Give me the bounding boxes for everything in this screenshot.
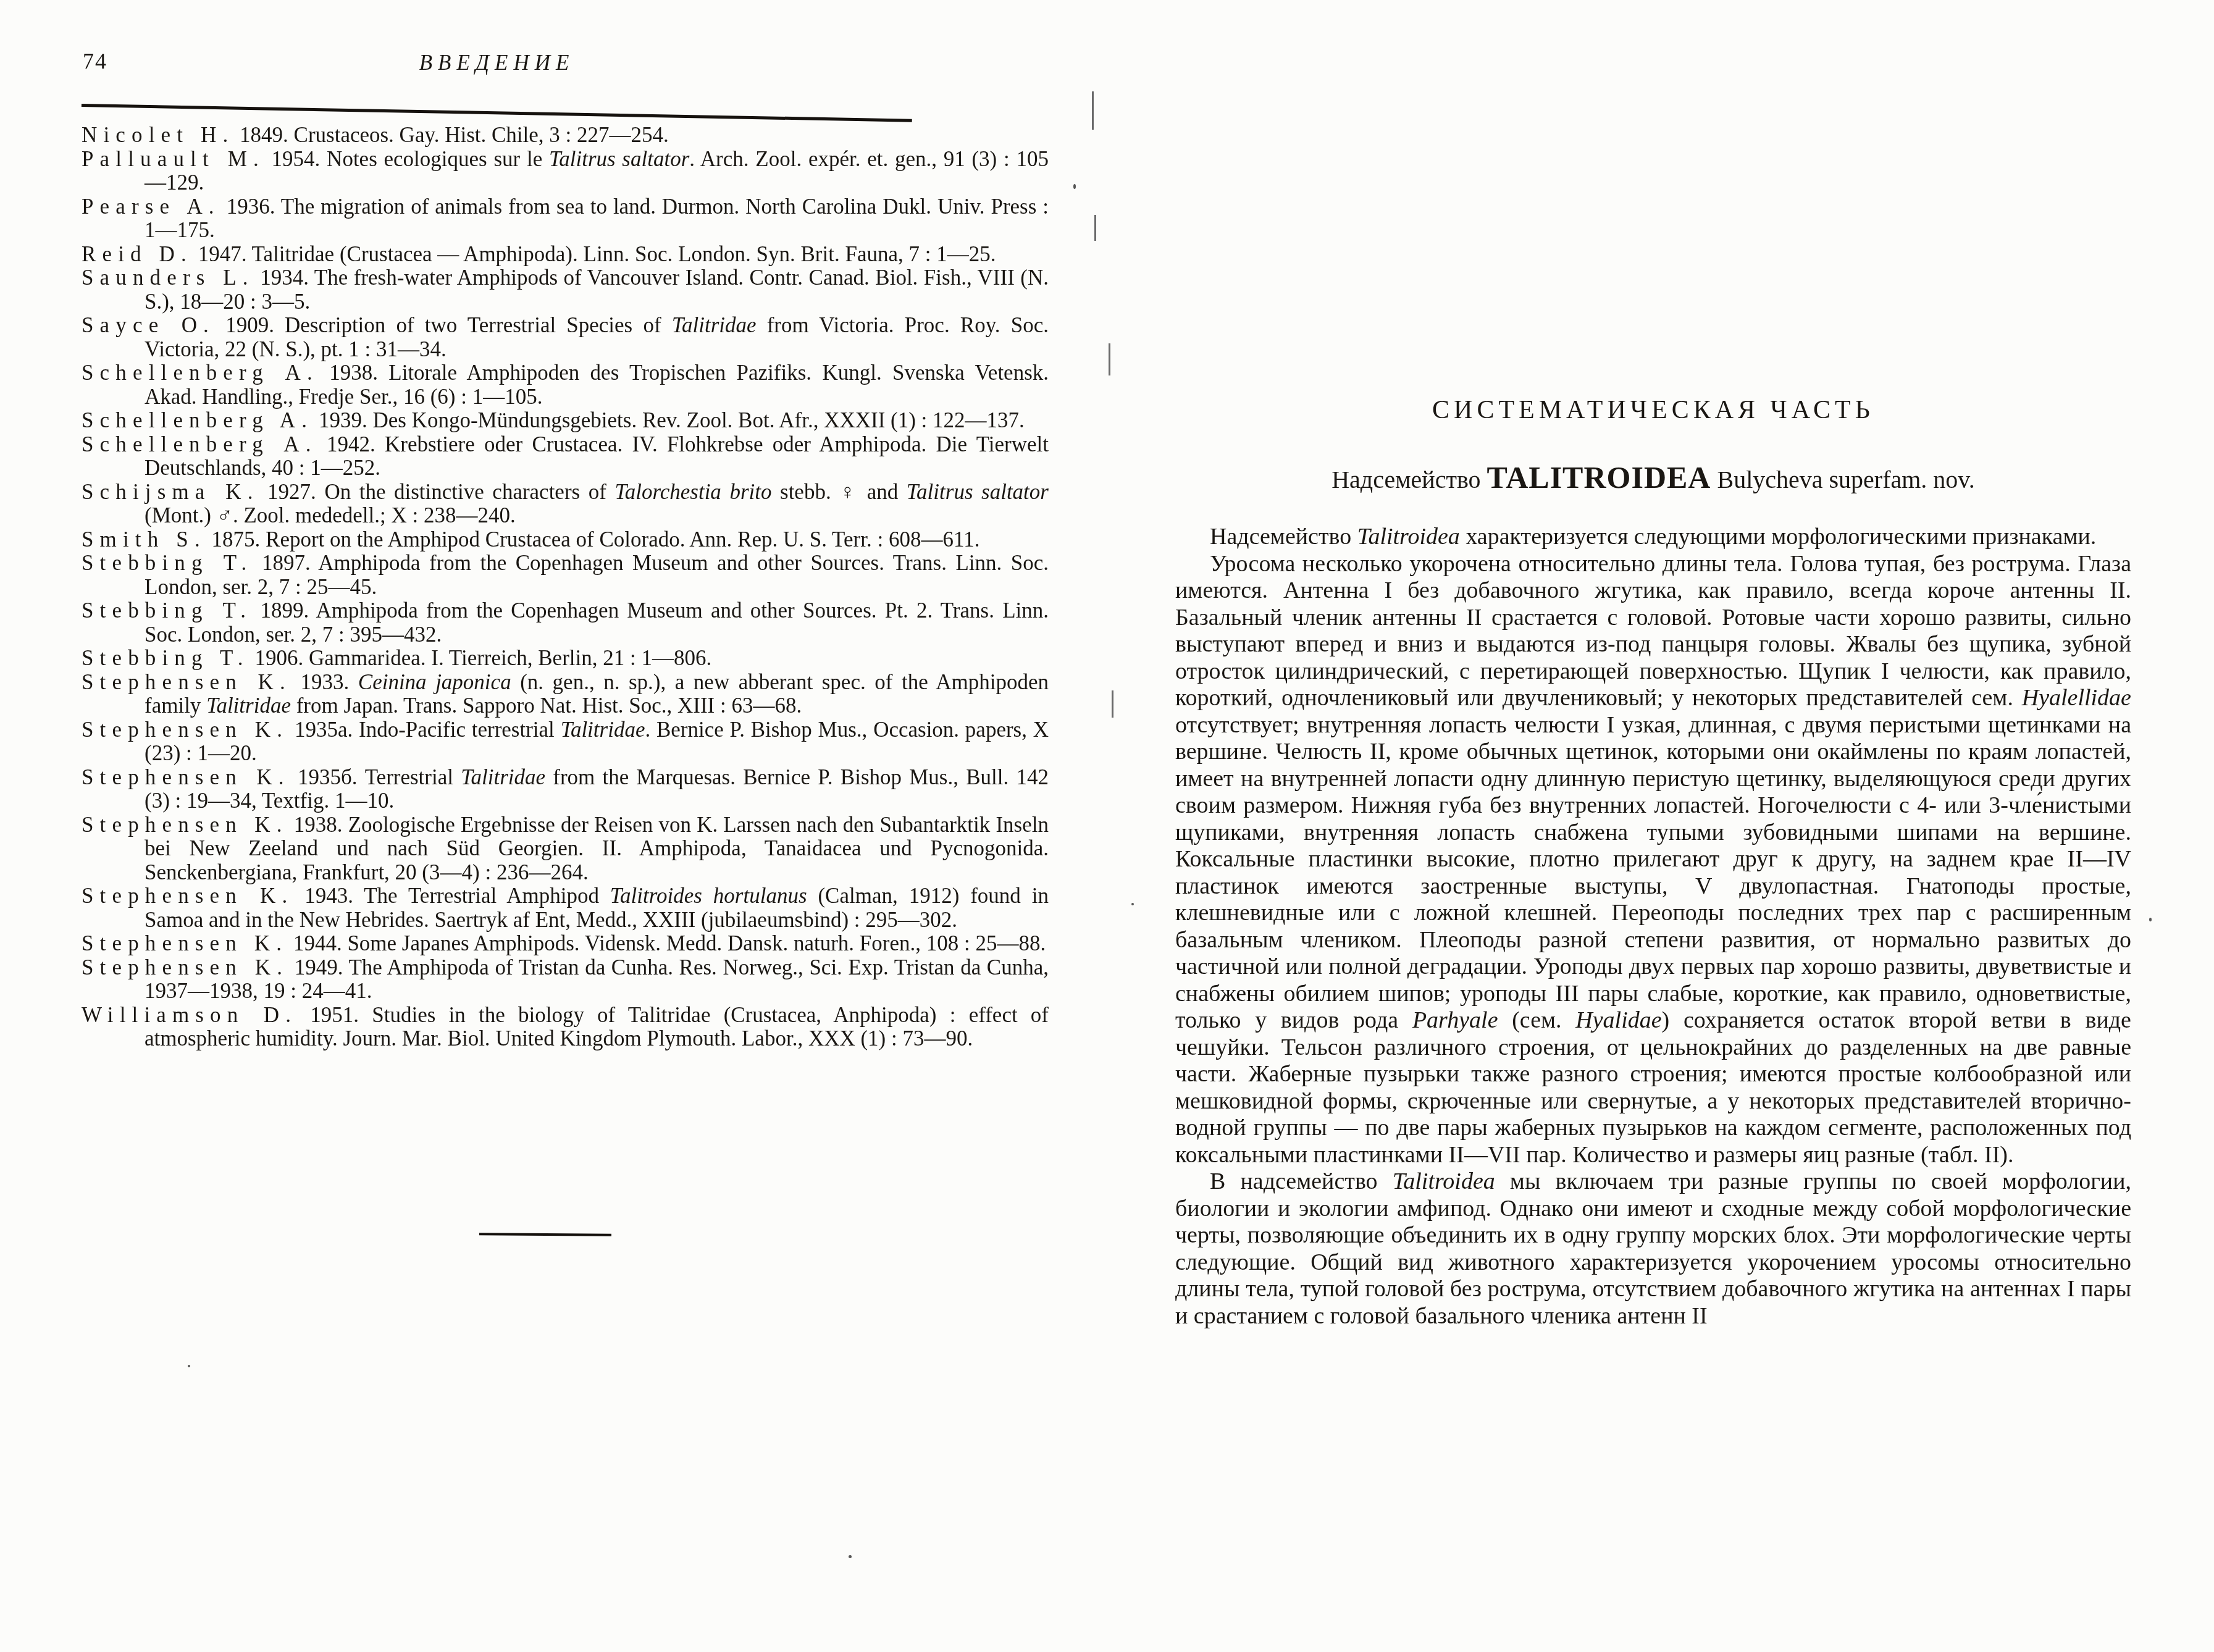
paragraph: Уросома несколько укорочена относительно… [1175, 551, 2131, 1169]
reference-item: Stebbing T. 1899. Amphipoda from the Cop… [82, 599, 1049, 647]
reference-item: Reid D. 1947. Talitridae (Crustacea — Am… [82, 243, 1049, 267]
taxon-name: Ceinina japonica [358, 670, 511, 694]
running-head: ВВЕДЕНИЕ [82, 51, 912, 75]
text-segment: 1906. Gammaridea. I. Tierreich, Berlin, … [255, 646, 712, 670]
text-segment: отсутствует; внутренняя лопасть челюсти … [1175, 712, 2131, 1034]
text-segment: 1947. Talitridae (Crustacea — Amphipoda)… [198, 242, 996, 266]
taxon-name: Parhyale [1412, 1007, 1498, 1033]
reference-author: Stebbing T. [82, 551, 253, 575]
reference-item: Williamson D. 1951. Studies in the biolo… [82, 1004, 1049, 1051]
reference-author: Stephensen K. [82, 884, 293, 908]
taxon-name: Talitrus saltator [907, 480, 1049, 504]
reference-author: Sayce O. [82, 313, 215, 337]
taxon-name: Talitroidea [1393, 1168, 1495, 1194]
reference-item: Schijsma K. 1927. On the distinctive cha… [82, 480, 1049, 528]
text-segment: 1935a. Indo-Pacific terrestrial [295, 718, 561, 742]
superfamily-prefix: Надсемейство [1331, 466, 1486, 493]
text-segment: Уросома несколько укорочена относительно… [1175, 551, 2131, 711]
text-segment: характеризуется следующими морфологическ… [1460, 524, 2096, 550]
text-segment: 1899. Amphipoda from the Copenhagen Muse… [145, 598, 1049, 647]
reference-author: Stephensen K. [82, 955, 288, 979]
scan-speck [2149, 918, 2152, 921]
reference-item: Stephensen K. 1949. The Amphipoda of Tri… [82, 956, 1049, 1004]
text-segment: 1944. Some Japanes Amphipods. Vidensk. M… [293, 931, 1046, 955]
scan-speck [188, 1365, 190, 1367]
reference-item: Schellenberg A. 1939. Des Kongo-Mündungs… [82, 409, 1049, 433]
text-segment: (сем. [1498, 1007, 1576, 1033]
text-segment: (Mont.) ♂. Zool. mededell.; X : 238—240. [145, 503, 516, 527]
taxon-name: Talitridae [672, 313, 757, 337]
paragraph: Надсемейство Talitroidea характеризуется… [1175, 524, 2131, 551]
text-segment: 1933. [300, 670, 358, 694]
taxon-name: Talitroides hortulanus [610, 884, 807, 908]
reference-author: Stebbing T. [82, 598, 252, 623]
gutter-artifact [1109, 343, 1110, 375]
reference-author: Schellenberg A. [82, 361, 319, 385]
reference-author: Palluault M. [82, 147, 265, 171]
left-page-header: 74 ВВЕДЕНИЕ [82, 48, 1049, 80]
gutter-artifact [1094, 215, 1096, 241]
text-segment: 1943. The Terrestrial Amphipod [304, 884, 610, 908]
reference-author: Schellenberg A. [82, 408, 313, 432]
text-segment: 1936. The migration of animals from sea … [145, 195, 1049, 243]
reference-author: Schijsma K. [82, 480, 259, 504]
taxon-name: Talitridae [461, 765, 545, 789]
taxon-name: Talorchestia brito [614, 480, 771, 504]
reference-author: Stebbing T. [82, 646, 249, 670]
text-segment: 1927. On the distinctive characters of [267, 480, 614, 504]
reference-author: Pearse A. [82, 195, 220, 219]
gutter-artifact [1112, 690, 1113, 718]
reference-author: Stephensen K. [82, 765, 290, 789]
text-segment: from Japan. Trans. Sapporo Nat. Hist. So… [291, 694, 802, 718]
section-heading: СИСТЕМАТИЧЕСКАЯ ЧАСТЬ [1175, 395, 2131, 425]
reference-item: Stephensen K. 1938. Zoologische Ergebnis… [82, 813, 1049, 885]
reference-author: Stephensen K. [82, 813, 288, 837]
section-separator-rule [479, 1233, 611, 1236]
gutter-artifact [1092, 91, 1094, 130]
reference-list: Nicolet H. 1849. Crustaceos. Gay. Hist. … [82, 124, 1049, 1051]
header-rule [82, 104, 912, 122]
text-segment: 1935б. Terrestrial [298, 765, 461, 789]
reference-item: Schellenberg A. 1938. Litorale Amphipode… [82, 361, 1049, 409]
taxon-name: Hyalellidae [2022, 685, 2131, 711]
reference-item: Stebbing T. 1906. Gammaridea. I. Tierrei… [82, 647, 1049, 671]
reference-item: Palluault M. 1954. Notes ecologiques sur… [82, 148, 1049, 195]
reference-item: Stephensen K. 1935a. Indo-Pacific terres… [82, 718, 1049, 766]
text-segment: 1909. Description of two Terrestrial Spe… [225, 313, 672, 337]
reference-item: Stephensen K. 1935б. Terrestrial Talitri… [82, 766, 1049, 813]
paragraphs: Надсемейство Talitroidea характеризуется… [1175, 524, 2131, 1330]
left-page: 74 ВВЕДЕНИЕ Nicolet H. 1849. Crustaceos.… [82, 48, 1049, 1051]
scan-speck [849, 1555, 852, 1558]
book-spread: 74 ВВЕДЕНИЕ Nicolet H. 1849. Crustaceos.… [0, 0, 2214, 1652]
taxon-name: Talitrus saltator [549, 147, 689, 171]
text-segment: 1875. Report on the Amphipod Crustacea o… [212, 527, 980, 551]
reference-item: Pearse A. 1936. The migration of animals… [82, 195, 1049, 243]
reference-item: Schellenberg A. 1942. Krebstiere oder Cr… [82, 433, 1049, 480]
taxon-name: Talitridae [206, 694, 291, 718]
reference-item: Saunders L. 1934. The fresh-water Amphip… [82, 266, 1049, 314]
reference-item: Sayce O. 1909. Description of two Terres… [82, 314, 1049, 361]
reference-item: Nicolet H. 1849. Crustaceos. Gay. Hist. … [82, 124, 1049, 148]
taxon-name: Talitroidea [1357, 524, 1460, 550]
text-segment: stebb. ♀ and [771, 480, 906, 504]
scan-speck [1073, 184, 1076, 189]
taxon-name: Hyalidae [1575, 1007, 1661, 1033]
superfamily-heading: Надсемейство TALITROIDEA Bulycheva super… [1175, 459, 2131, 495]
text-segment: 1934. The fresh-water Amphipods of Vanco… [145, 266, 1049, 314]
superfamily-name: TALITROIDEA [1487, 460, 1711, 495]
text-segment: 1897. Amphipoda from the Copenhagen Muse… [145, 551, 1049, 599]
reference-item: Smith S. 1875. Report on the Amphipod Cr… [82, 528, 1049, 552]
text-segment: Надсемейство [1210, 524, 1357, 550]
reference-author: Saunders L. [82, 266, 254, 290]
paragraph: В надсемейство Talitroidea мы включаем т… [1175, 1168, 2131, 1330]
reference-author: Williamson D. [82, 1003, 297, 1027]
reference-author: Reid D. [82, 242, 193, 266]
reference-item: Stephensen K. 1943. The Terrestrial Amph… [82, 884, 1049, 932]
text-segment: 1939. Des Kongo-Mündungsgebiets. Rev. Zo… [319, 408, 1025, 432]
text-segment: 1849. Crustaceos. Gay. Hist. Chile, 3 : … [240, 123, 669, 147]
reference-author: Smith S. [82, 527, 206, 551]
superfamily-suffix: Bulycheva superfam. nov. [1711, 466, 1974, 493]
reference-item: Stephensen K. 1944. Some Japanes Amphipo… [82, 932, 1049, 956]
reference-author: Stephensen K. [82, 931, 288, 955]
reference-author: Stephensen K. [82, 670, 291, 694]
taxon-name: Talitridae [561, 718, 645, 742]
reference-item: Stebbing T. 1897. Amphipoda from the Cop… [82, 551, 1049, 599]
right-page: СИСТЕМАТИЧЕСКАЯ ЧАСТЬ Надсемейство TALIT… [1175, 395, 2131, 1330]
reference-author: Schellenberg A. [82, 432, 317, 456]
reference-author: Stephensen K. [82, 718, 288, 742]
text-segment: 1954. Notes ecologiques sur le [272, 147, 549, 171]
scan-speck [1131, 903, 1134, 905]
reference-author: Nicolet H. [82, 123, 234, 147]
text-segment: В надсемейство [1210, 1168, 1393, 1194]
reference-item: Stephensen K. 1933. Ceinina japonica (n.… [82, 671, 1049, 718]
